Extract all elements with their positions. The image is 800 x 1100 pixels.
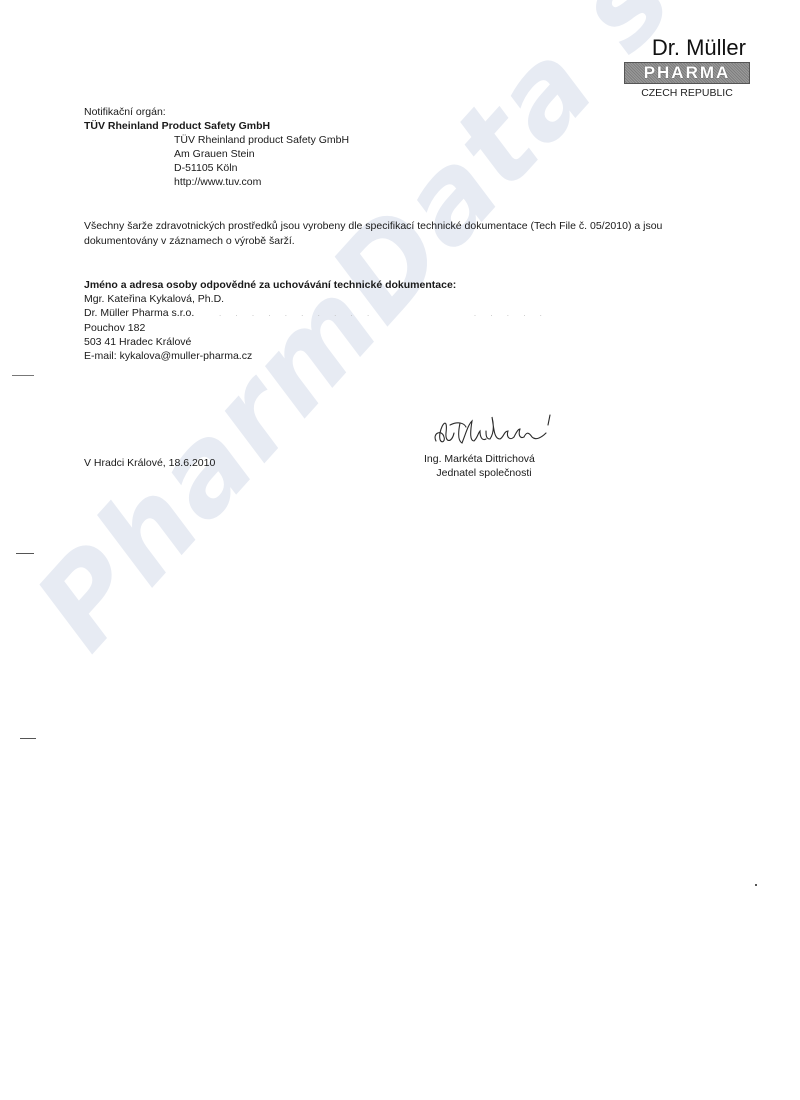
edge-mark: [16, 553, 34, 554]
statement-paragraph: Všechny šarže zdravotnických prostředků …: [84, 219, 724, 249]
handwritten-signature: [428, 403, 568, 451]
person-name: Mgr. Kateřina Kykalová, Ph.D.: [84, 292, 548, 306]
email-link[interactable]: E-mail: kykalova@muller-pharma.cz: [84, 349, 548, 363]
signatory-name: Ing. Markéta Dittrichová: [424, 452, 544, 466]
responsible-person: Jméno a adresa osoby odpovědné za uchová…: [84, 278, 548, 363]
notified-body-label: Notifikační orgán:: [84, 105, 270, 119]
place-and-date: V Hradci Králové, 18.6.2010: [84, 456, 215, 470]
notified-body: Notifikační orgán: TÜV Rheinland Product…: [84, 105, 270, 133]
city-address: 503 41 Hradec Králové: [84, 335, 548, 349]
street-address: Pouchov 182: [84, 321, 548, 335]
signatory-title: Jednatel společnosti: [424, 466, 544, 480]
notified-body-address: TÜV Rheinland product Safety GmbH Am Gra…: [174, 133, 349, 189]
logo-badge: PHARMA: [624, 62, 750, 84]
address-line: Am Grauen Stein: [174, 147, 349, 161]
edge-mark: [12, 375, 34, 376]
company-logo: Dr. Müller PHARMA CZECH REPUBLIC: [620, 36, 750, 99]
responsible-person-heading: Jméno a adresa osoby odpovědné za uchová…: [84, 278, 548, 292]
website-link[interactable]: http://www.tuv.com: [174, 175, 349, 189]
logo-title: Dr. Müller: [620, 36, 750, 60]
company-name-text: Dr. Müller Pharma s.r.o.: [84, 307, 194, 319]
notified-body-name: TÜV Rheinland Product Safety GmbH: [84, 119, 270, 133]
company-name: Dr. Müller Pharma s.r.o. . . . . . . . .…: [84, 306, 548, 321]
edge-mark: [20, 738, 36, 739]
signatory: Ing. Markéta Dittrichová Jednatel společ…: [424, 452, 544, 480]
address-line: TÜV Rheinland product Safety GmbH: [174, 133, 349, 147]
scan-dots: . . . . . . . . . . . . . . .: [194, 309, 548, 318]
address-line: D-51105 Köln: [174, 161, 349, 175]
logo-country: CZECH REPUBLIC: [620, 87, 750, 99]
scan-speck: [755, 884, 757, 886]
